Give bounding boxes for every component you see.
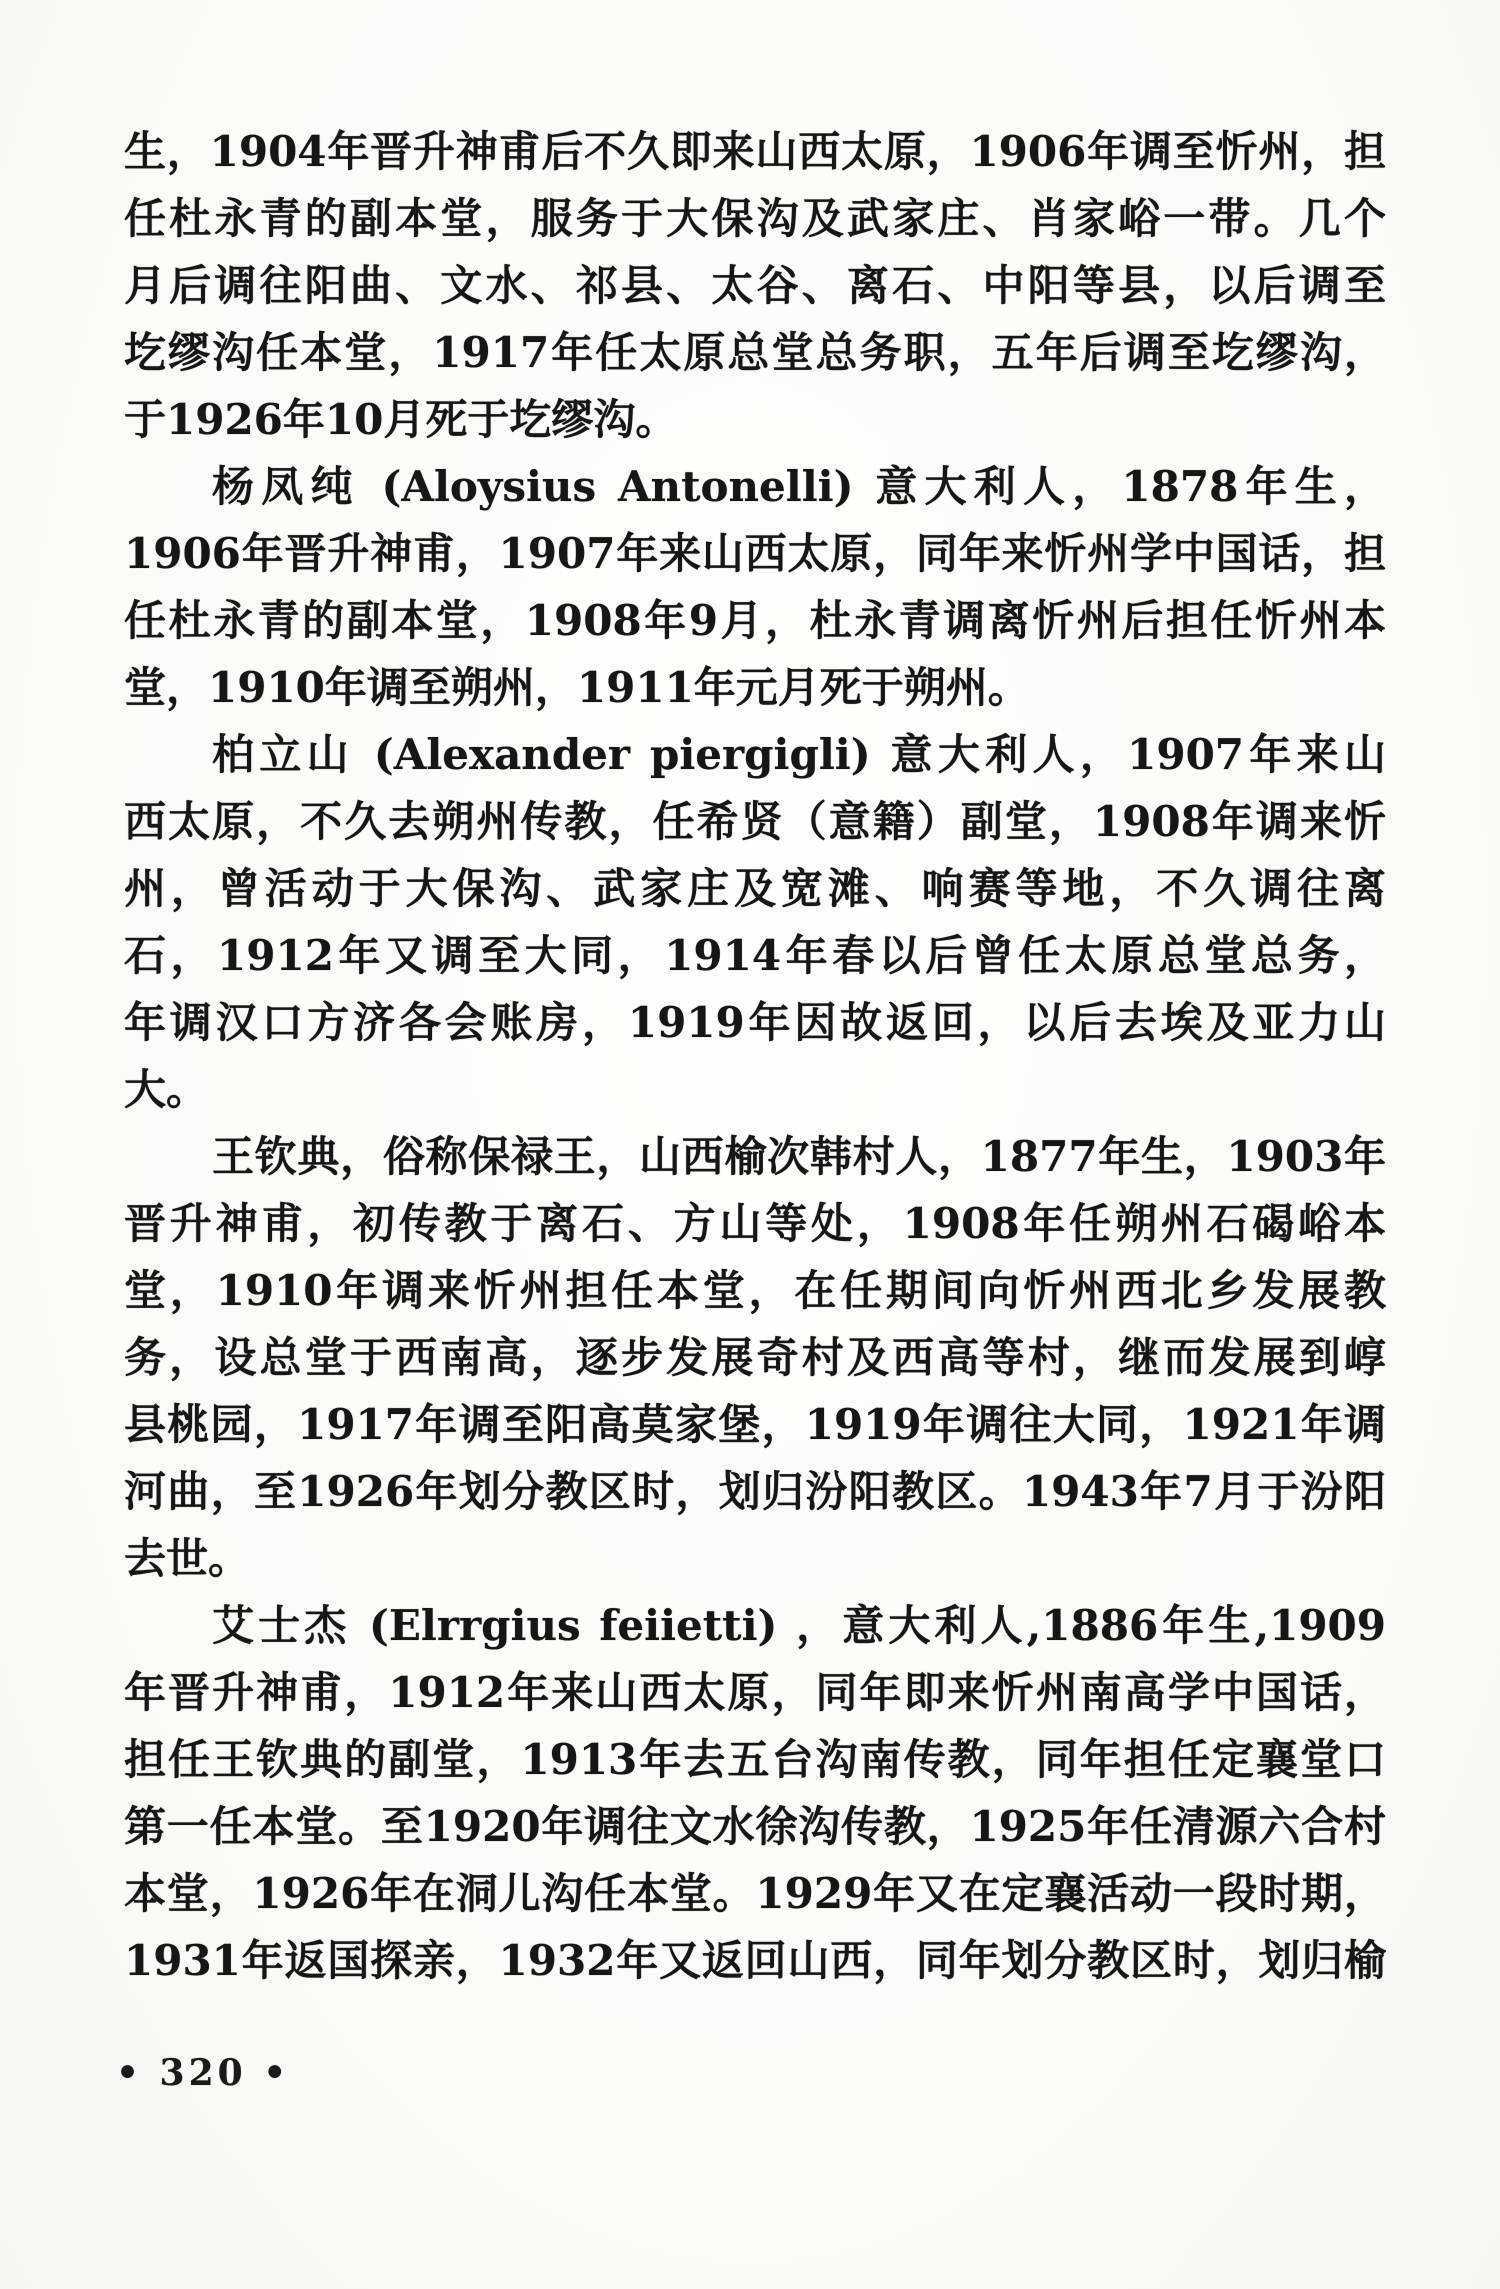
page-number: • 320 • (116, 2052, 290, 2094)
text-line: 于1926年10月死于圪缪沟。 (124, 386, 1386, 453)
text-line: 西太原，不久去朔州传教，任希贤（意籍）副堂，1908年调来忻 (124, 788, 1386, 855)
text-line: 大。 (124, 1056, 1386, 1123)
text-line: 州，曾活动于大保沟、武家庄及宽滩、响赛等地，不久调往离 (124, 855, 1386, 922)
text-line: 担任王钦典的副堂，1913年去五台沟南传教，同年担任定襄堂口 (124, 1726, 1386, 1793)
text-line: 王钦典，俗称保禄王，山西榆次韩村人，1877年生，1903年 (124, 1123, 1386, 1190)
text-line: 圪缪沟任本堂，1917年任太原总堂总务职，五年后调至圪缪沟， (124, 319, 1386, 386)
text-line: 晋升神甫，初传教于离石、方山等处，1908年任朔州石碣峪本 (124, 1190, 1386, 1257)
book-page: 生，1904年晋升神甫后不久即来山西太原，1906年调至忻州，担任杜永青的副本堂… (0, 0, 1500, 2289)
text-line: 年晋升神甫，1912年来山西太原，同年即来忻州南高学中国话， (124, 1659, 1386, 1726)
text-line: 务，设总堂于西南高，逐步发展奇村及西高等村，继而发展到崞 (124, 1324, 1386, 1391)
text-line: 1931年返国探亲，1932年又返回山西，同年划分教区时，划归榆 (124, 1927, 1386, 1994)
text-line: 去世。 (124, 1525, 1386, 1592)
text-line: 年调汉口方济各会账房，1919年因故返回，以后去埃及亚力山 (124, 989, 1386, 1056)
text-line: 任杜永青的副本堂，1908年9月，杜永青调离忻州后担任忻州本 (124, 587, 1386, 654)
text-line: 艾士杰 (Elrrgius feiietti) ，意大利人,1886年生,190… (124, 1592, 1386, 1659)
page-text: 生，1904年晋升神甫后不久即来山西太原，1906年调至忻州，担任杜永青的副本堂… (124, 118, 1386, 1994)
text-line: 1906年晋升神甫，1907年来山西太原，同年来忻州学中国话，担 (124, 520, 1386, 587)
text-line: 石，1912年又调至大同，1914年春以后曾任太原总堂总务，1916 (124, 922, 1386, 989)
text-line: 堂，1910年调至朔州，1911年元月死于朔州。 (124, 654, 1386, 721)
text-line: 杨凤纯 (Aloysius Antonelli) 意大利人，1878年生， (124, 453, 1386, 520)
text-line: 任杜永青的副本堂，服务于大保沟及武家庄、肖家峪一带。几个 (124, 185, 1386, 252)
text-line: 第一任本堂。至1920年调往文水徐沟传教，1925年任清源六合村 (124, 1793, 1386, 1860)
text-line: 县桃园，1917年调至阳高莫家堡，1919年调往大同，1921年调至 (124, 1391, 1386, 1458)
text-line: 月后调往阳曲、文水、祁县、太谷、离石、中阳等县，以后调至 (124, 252, 1386, 319)
text-line: 柏立山 (Alexander piergigli) 意大利人，1907年来山 (124, 721, 1386, 788)
text-line: 河曲，至1926年划分教区时，划归汾阳教区。1943年7月于汾阳 (124, 1458, 1386, 1525)
text-line: 堂，1910年调来忻州担任本堂，在任期间向忻州西北乡发展教 (124, 1257, 1386, 1324)
text-line: 生，1904年晋升神甫后不久即来山西太原，1906年调至忻州，担 (124, 118, 1386, 185)
text-line: 本堂，1926年在洞儿沟任本堂。1929年又在定襄活动一段时期， (124, 1860, 1386, 1927)
